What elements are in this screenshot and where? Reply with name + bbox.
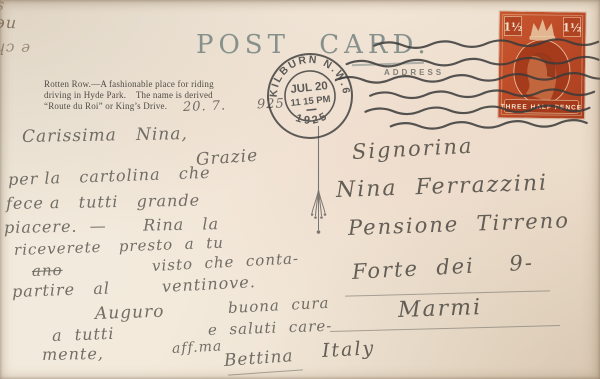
handwriting-line: ventinove.	[162, 272, 257, 296]
handwriting-line: Marmi	[398, 295, 483, 323]
handwriting-line: partire al	[12, 279, 111, 301]
underline-signature	[228, 369, 303, 375]
handwriting-line: aff.ma	[172, 338, 223, 357]
handwriting-line: Pensione Tirreno	[348, 208, 571, 240]
postcard-back: POST CARD. Rotten Row.—A fashionable pla…	[0, 0, 600, 379]
caption-line: driving in Hyde Park. The name is derive…	[44, 90, 214, 101]
caption-line: “Route du Roi” or King’s Drive.	[44, 101, 214, 112]
underline-forte-dei	[345, 290, 550, 296]
underline-marmi	[330, 325, 560, 332]
handwriting-line: Italy	[321, 337, 375, 362]
caption-line: Rotten Row.—A fashionable place for ridi…	[44, 79, 214, 90]
stamp-value-right: 1½	[562, 21, 581, 34]
handwriting-line: piacere. — Rina la	[4, 214, 219, 237]
handwriting-line: visto che conta-	[152, 249, 300, 275]
handwriting-line: Carissima Nina,	[22, 124, 188, 147]
handwriting-line: Auguro	[95, 302, 165, 324]
svg-text:1925: 1925	[293, 109, 332, 129]
postmark-year: 1925	[293, 109, 332, 129]
handwriting-line: ano	[32, 261, 63, 280]
caption-block: Rotten Row.—A fashionable place for ridi…	[44, 79, 214, 112]
handwriting-line: riceverete presto a tu	[14, 234, 224, 259]
handwriting-line: per la cartolina che	[8, 163, 211, 189]
handwriting-line: a tutti	[52, 324, 115, 345]
handwriting-line: e che pure ci vedo?	[0, 37, 30, 58]
handwriting-line: si resti e mille affettuosi. Nina	[0, 0, 4, 16]
handwriting-line: Bettina	[223, 346, 294, 371]
handwriting-line: Signorina	[351, 134, 474, 164]
handwriting-line: fece a tutti grande	[6, 191, 200, 213]
handwriting-line: buona cura	[228, 294, 330, 317]
handwriting-line: Nina Ferrazzini	[336, 171, 549, 203]
handwriting-line: e saluti care-	[208, 317, 333, 339]
stamp-value-left: 1½	[503, 20, 522, 33]
postmark: KILBURN N.W.6 1925 JUL 20 11 15 PM	[253, 39, 367, 153]
handwriting-line: Grazie	[195, 146, 259, 170]
handwriting-line: nello alla zia. Saluta mamma	[0, 7, 16, 35]
handwriting-line: Forte dei 9-	[351, 250, 534, 283]
handwriting-line: mente,	[42, 344, 104, 364]
cancellation-lines	[334, 34, 600, 134]
postmark-time: 11 15 PM	[290, 94, 331, 109]
